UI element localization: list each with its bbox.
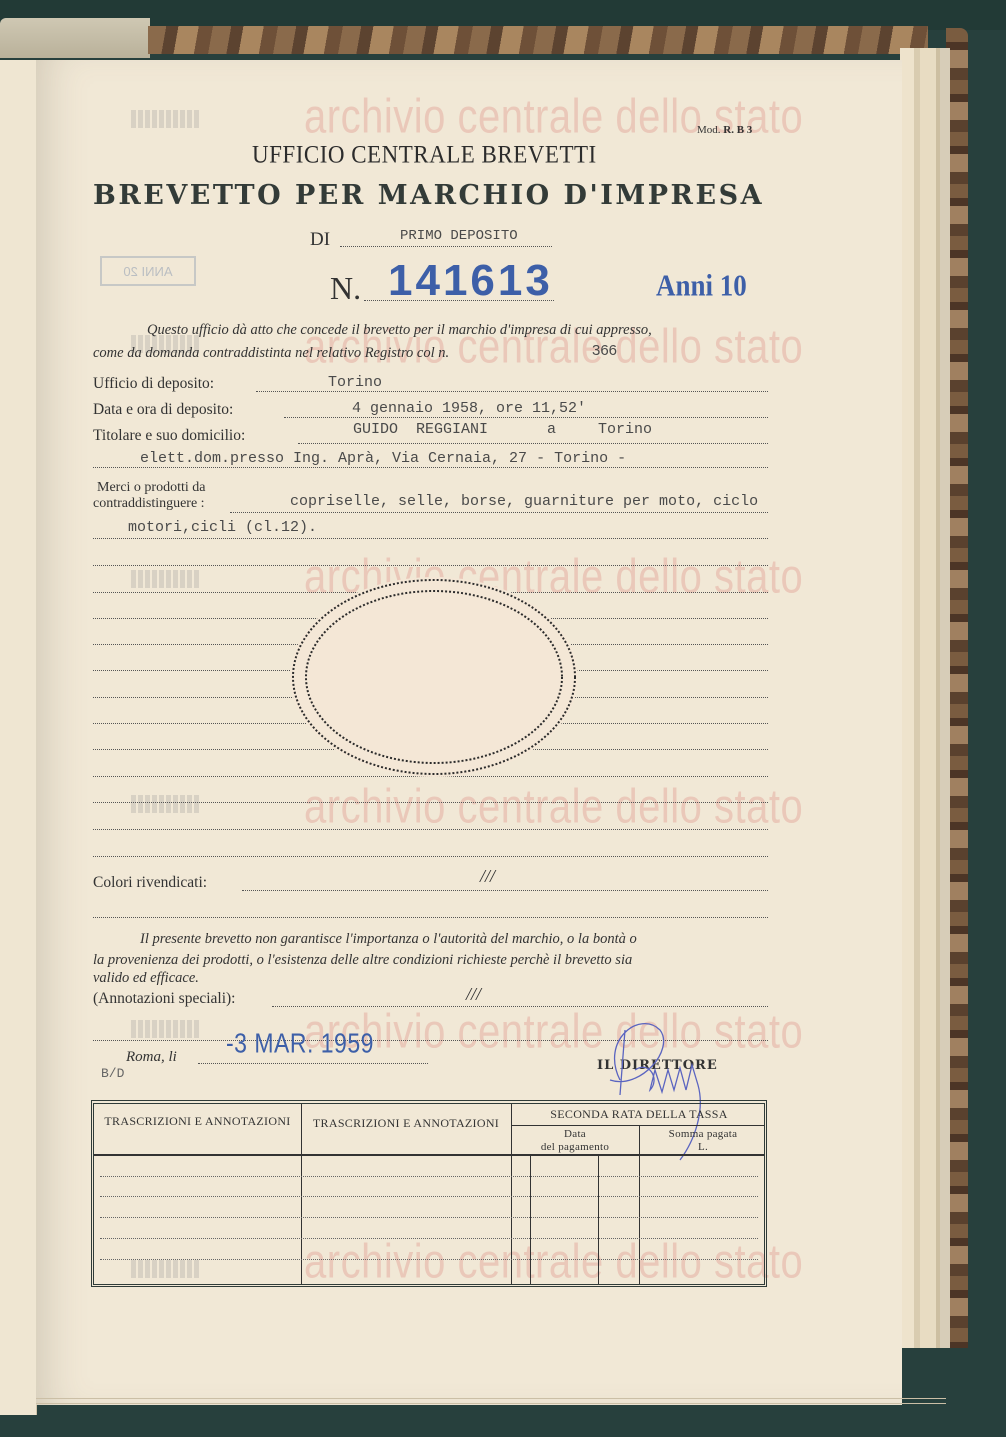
page-bottom-edge — [36, 1398, 946, 1404]
merci-value-1: copriselle, selle, borse, guarniture per… — [290, 493, 758, 510]
domicilio-value: elett.dom.presso Ing. Aprà, Via Cernaia,… — [140, 450, 626, 467]
ruled-line — [93, 802, 768, 803]
ruled-line — [93, 917, 768, 918]
colori-value: /// — [480, 866, 495, 887]
annotazioni-value: /// — [466, 984, 481, 1005]
di-label: DI — [310, 229, 330, 251]
trademark-specimen-oval — [287, 575, 587, 785]
amount-subheader-line-1: Somma pagata — [639, 1128, 767, 1141]
titolare-label: Titolare e suo domicilio: — [93, 427, 245, 445]
data-value: 4 gennaio 1958, ore 11,52' — [352, 400, 586, 417]
roma-label: Roma, li — [126, 1049, 177, 1066]
table-subheader-line — [511, 1125, 764, 1126]
office-title: UFFICIO CENTRALE BREVETTI — [252, 141, 597, 170]
colori-label: Colori rivendicati: — [93, 874, 207, 892]
colori-line — [242, 890, 768, 891]
show-through-mark — [131, 570, 201, 588]
ufficio-value: Torino — [328, 374, 382, 391]
ruled-line — [93, 565, 768, 566]
date-subheader-line-1: Data — [511, 1128, 639, 1141]
titolare-line — [298, 443, 768, 444]
col2-header: TRASCRIZIONI E ANNOTAZIONI — [301, 1116, 511, 1131]
show-through-mark — [131, 1020, 201, 1038]
model-code: Mod. R. B 3 — [697, 124, 752, 136]
number-label: N. — [330, 270, 361, 307]
intro-line-1: Questo ufficio dà atto che concede il br… — [147, 322, 652, 339]
model-code-value: R. B 3 — [723, 124, 752, 136]
binder-marbled-edge-top — [148, 26, 928, 54]
show-through-mark — [131, 110, 201, 128]
table-row — [100, 1259, 758, 1260]
date-subheader-line-2: del pagamento — [511, 1141, 639, 1154]
table-row — [100, 1196, 758, 1197]
titolare-name: GUIDO REGGIANI — [353, 421, 488, 438]
ruled-line — [93, 829, 768, 830]
table-row — [100, 1238, 758, 1239]
page-stack-edges — [900, 48, 950, 1348]
date-subheader: Data del pagamento — [511, 1128, 639, 1154]
disclaimer-line-1: Il presente brevetto non garantisce l'im… — [140, 931, 637, 948]
left-page-leaf — [0, 60, 37, 1415]
data-label: Data e ora di deposito: — [93, 401, 233, 419]
amount-subheader-line-2: L. — [639, 1141, 767, 1154]
disclaimer-line-3: valido ed efficace. — [93, 970, 199, 987]
amount-subheader: Somma pagata L. — [639, 1128, 767, 1154]
domicilio-line — [93, 467, 768, 468]
ruled-line — [93, 856, 768, 857]
merci-line-2 — [93, 538, 768, 539]
titolare-a: a — [547, 421, 556, 438]
binder-cloth-spine — [0, 18, 150, 58]
deposit-type-line — [340, 246, 552, 247]
register-number: 366 — [592, 342, 617, 359]
disclaimer-line-2: la provenienza dei prodotti, o l'esisten… — [93, 952, 632, 969]
transcriptions-table: TRASCRIZIONI E ANNOTAZIONI TRASCRIZIONI … — [91, 1100, 767, 1287]
annotazioni-line — [272, 1006, 768, 1007]
document-title: BREVETTO PER MARCHIO D'IMPRESA — [93, 180, 764, 211]
show-through-mark — [131, 795, 201, 813]
table-header-line — [94, 1154, 764, 1156]
model-code-prefix: Mod. — [697, 124, 721, 136]
table-row — [100, 1217, 758, 1218]
annotazioni-label: (Annotazioni speciali): — [93, 990, 235, 1008]
table-divider — [301, 1104, 302, 1284]
ufficio-line — [256, 391, 768, 392]
table-row — [100, 1176, 758, 1177]
titolare-city: Torino — [598, 421, 652, 438]
merci-value-2: motori,cicli (cl.12). — [128, 519, 317, 536]
ufficio-label: Ufficio di deposito: — [93, 375, 214, 393]
duration-stamp: Anni 10 — [656, 268, 747, 304]
archive-watermark: archivio centrale dello stato — [304, 91, 803, 145]
ghost-stamp: ANNI 20 — [100, 256, 196, 286]
patent-number: 141613 — [388, 256, 553, 306]
archive-watermark: archivio centrale dello stato — [304, 781, 803, 835]
merci-label-2: contraddistinguere : — [93, 496, 205, 512]
date-line — [198, 1063, 428, 1064]
merci-label-1: Merci o prodotti da — [97, 480, 205, 496]
col1-header: TRASCRIZIONI E ANNOTAZIONI — [94, 1114, 301, 1129]
merci-line-1 — [230, 512, 768, 513]
group-header: SECONDA RATA DELLA TASSA — [511, 1107, 767, 1122]
deposit-type-value: PRIMO DEPOSITO — [400, 228, 518, 244]
issue-date-stamp: -3 MAR. 1959 — [226, 1027, 374, 1059]
data-line — [284, 417, 768, 418]
initials: B/D — [101, 1066, 124, 1081]
intro-line-2: come da domanda contraddistinta nel rela… — [93, 345, 449, 362]
